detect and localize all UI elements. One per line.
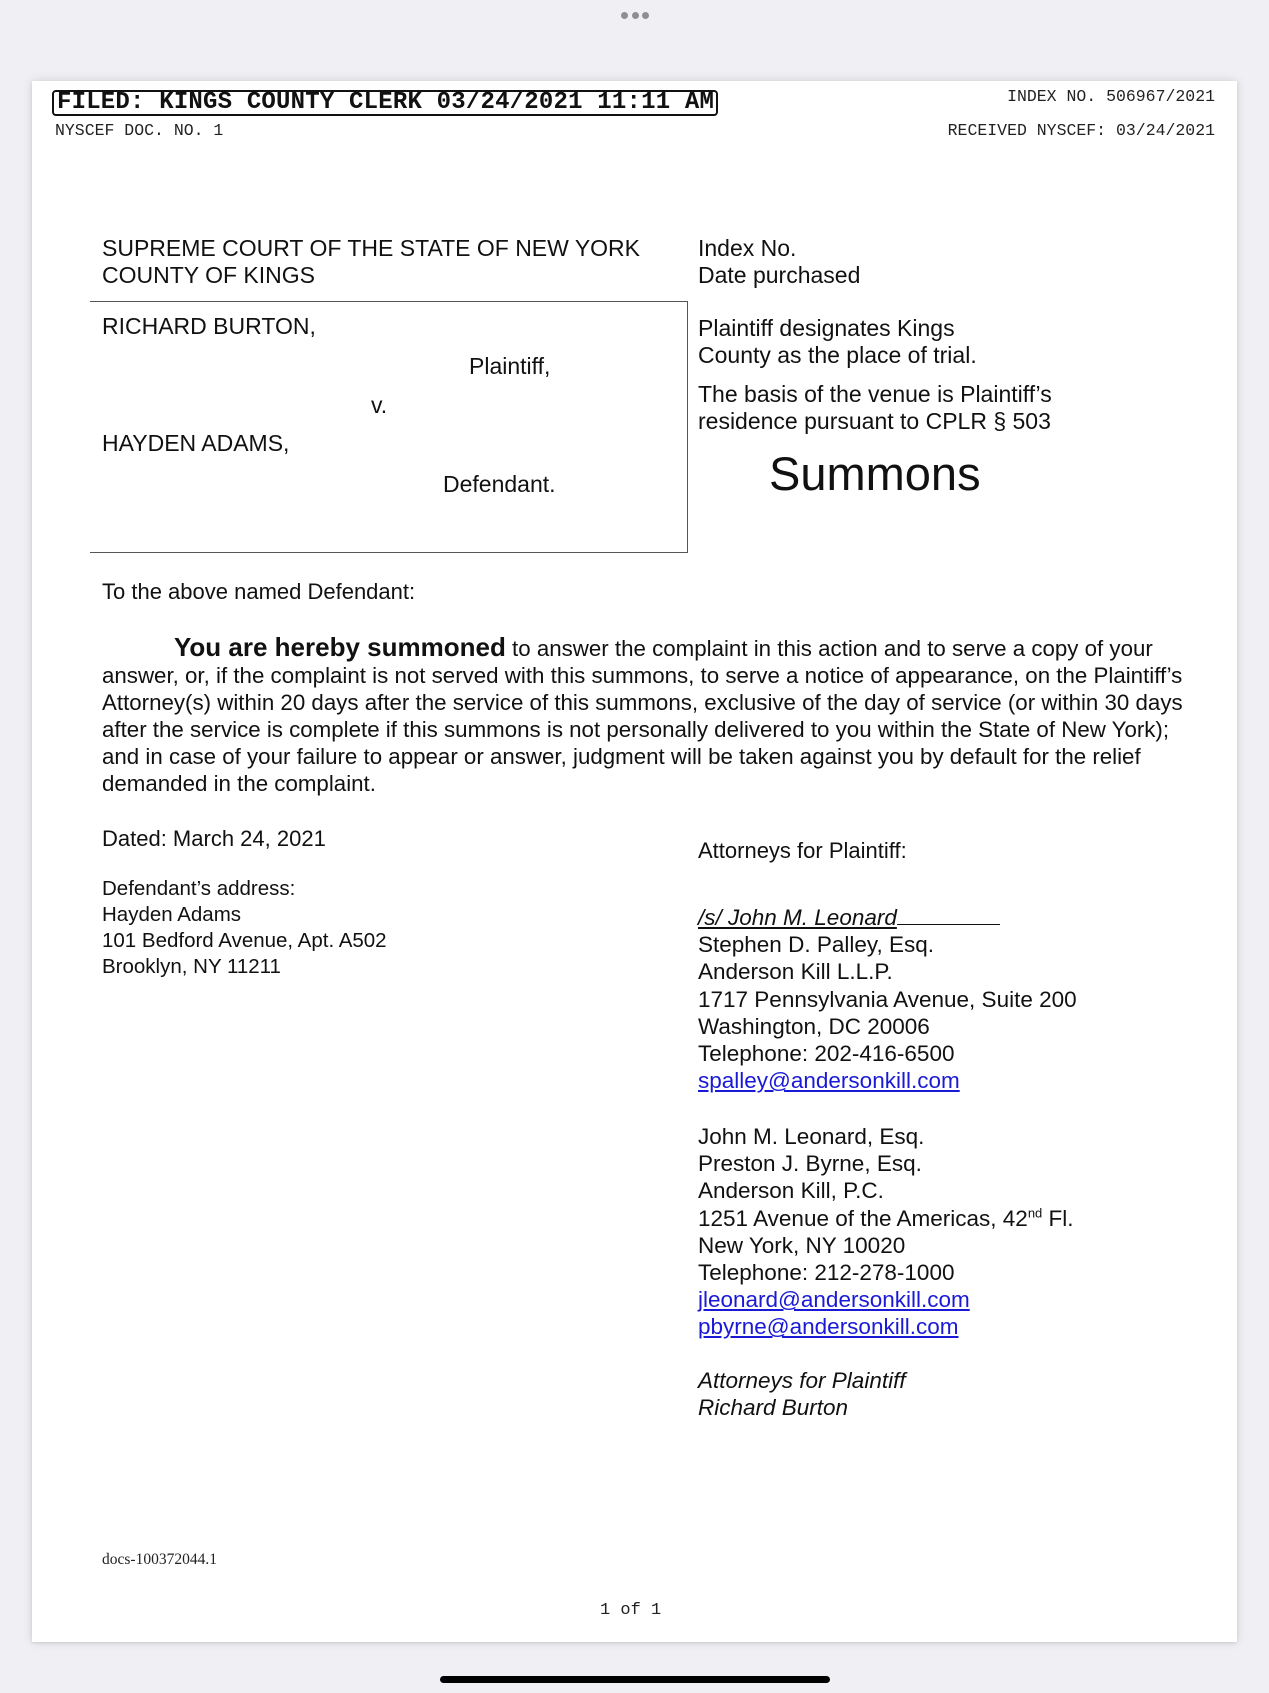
firm-name: Anderson Kill L.L.P. — [698, 958, 1077, 985]
firm-street: 1251 Avenue of the Americas, 42nd Fl. — [698, 1205, 1074, 1232]
email-link-spalley[interactable]: spalley@andersonkill.com — [698, 1068, 960, 1093]
dc-attorney-block: /s/ John M. Leonard Stephen D. Palley, E… — [698, 904, 1077, 1094]
defendant-name: HAYDEN ADAMS, — [102, 430, 289, 457]
home-indicator-bar[interactable] — [440, 1676, 830, 1683]
attorneys-closing: Attorneys for Plaintiff Richard Burton — [698, 1367, 906, 1421]
more-dots-icon[interactable] — [621, 11, 649, 20]
signature-line: /s/ John M. Leonard — [698, 904, 1077, 931]
defendant-address-city: Brooklyn, NY 11211 — [102, 954, 387, 980]
signature: /s/ John M. Leonard — [698, 904, 897, 931]
document-page: FILED: KINGS COUNTY CLERK 03/24/2021 11:… — [32, 81, 1237, 1642]
ny-attorney-block: John M. Leonard, Esq. Preston J. Byrne, … — [698, 1123, 1074, 1341]
versus: v. — [371, 392, 387, 419]
closing-line: Attorneys for Plaintiff — [698, 1367, 906, 1394]
street-floor: Fl. — [1042, 1206, 1073, 1231]
attorney-name: John M. Leonard, Esq. — [698, 1123, 1074, 1150]
firm-city: Washington, DC 20006 — [698, 1013, 1077, 1040]
index-info: Index No. Date purchased — [698, 235, 860, 289]
plaintiff-role: Plaintiff, — [469, 353, 550, 380]
court-name: SUPREME COURT OF THE STATE OF NEW YORK — [102, 235, 640, 262]
index-no-label: Index No. — [698, 235, 860, 262]
venue-basis-line: The basis of the venue is Plaintiff’s — [698, 381, 1052, 408]
filed-stamp: FILED: KINGS COUNTY CLERK 03/24/2021 11:… — [52, 90, 718, 116]
summons-bold-lead: You are hereby summoned — [174, 632, 506, 662]
index-number: INDEX NO. 506967/2021 — [1007, 87, 1215, 106]
venue-designation-line: County as the place of trial. — [698, 342, 977, 369]
defendant-address: Defendant’s address: Hayden Adams 101 Be… — [102, 876, 387, 980]
document-title: Summons — [769, 446, 981, 501]
defendant-role: Defendant. — [443, 471, 556, 498]
defendant-address-label: Defendant’s address: — [102, 876, 387, 902]
floor-ordinal: nd — [1028, 1205, 1042, 1220]
attorney-name: Stephen D. Palley, Esq. — [698, 931, 1077, 958]
attorney-name: Preston J. Byrne, Esq. — [698, 1150, 1074, 1177]
firm-street: 1717 Pennsylvania Avenue, Suite 200 — [698, 986, 1077, 1013]
signature-underline — [897, 905, 1000, 925]
defendant-address-name: Hayden Adams — [102, 902, 387, 928]
page-count: 1 of 1 — [600, 1601, 661, 1620]
plaintiff-name: RICHARD BURTON, — [102, 313, 316, 340]
venue-designation-line: Plaintiff designates Kings — [698, 315, 977, 342]
court-county: COUNTY OF KINGS — [102, 262, 640, 289]
venue-designation: Plaintiff designates Kings County as the… — [698, 315, 977, 369]
closing-client: Richard Burton — [698, 1394, 906, 1421]
date-purchased-label: Date purchased — [698, 262, 860, 289]
dot — [632, 12, 639, 19]
defendant-address-street: 101 Bedford Avenue, Apt. A502 — [102, 928, 387, 954]
court-heading: SUPREME COURT OF THE STATE OF NEW YORK C… — [102, 235, 640, 289]
venue-basis-line: residence pursuant to CPLR § 503 — [698, 408, 1052, 435]
document-id: docs-100372044.1 — [102, 1551, 217, 1569]
firm-city: New York, NY 10020 — [698, 1232, 1074, 1259]
firm-phone: Telephone: 212-278-1000 — [698, 1259, 1074, 1286]
salutation: To the above named Defendant: — [102, 579, 415, 605]
case-caption: RICHARD BURTON, Plaintiff, v. HAYDEN ADA… — [90, 301, 688, 553]
email-link-pbyrne[interactable]: pbyrne@andersonkill.com — [698, 1314, 958, 1339]
received-date: RECEIVED NYSCEF: 03/24/2021 — [948, 121, 1215, 140]
street-text: 1251 Avenue of the Americas, 42 — [698, 1206, 1028, 1231]
email-link-jleonard[interactable]: jleonard@andersonkill.com — [698, 1287, 970, 1312]
firm-phone: Telephone: 202-416-6500 — [698, 1040, 1077, 1067]
venue-basis: The basis of the venue is Plaintiff’s re… — [698, 381, 1052, 435]
dot — [621, 12, 628, 19]
summons-body: You are hereby summoned to answer the co… — [102, 634, 1192, 797]
dot — [642, 12, 649, 19]
nyscef-doc-number: NYSCEF DOC. NO. 1 — [55, 121, 223, 140]
attorneys-label: Attorneys for Plaintiff: — [698, 838, 907, 864]
dated: Dated: March 24, 2021 — [102, 826, 326, 852]
firm-name: Anderson Kill, P.C. — [698, 1177, 1074, 1204]
